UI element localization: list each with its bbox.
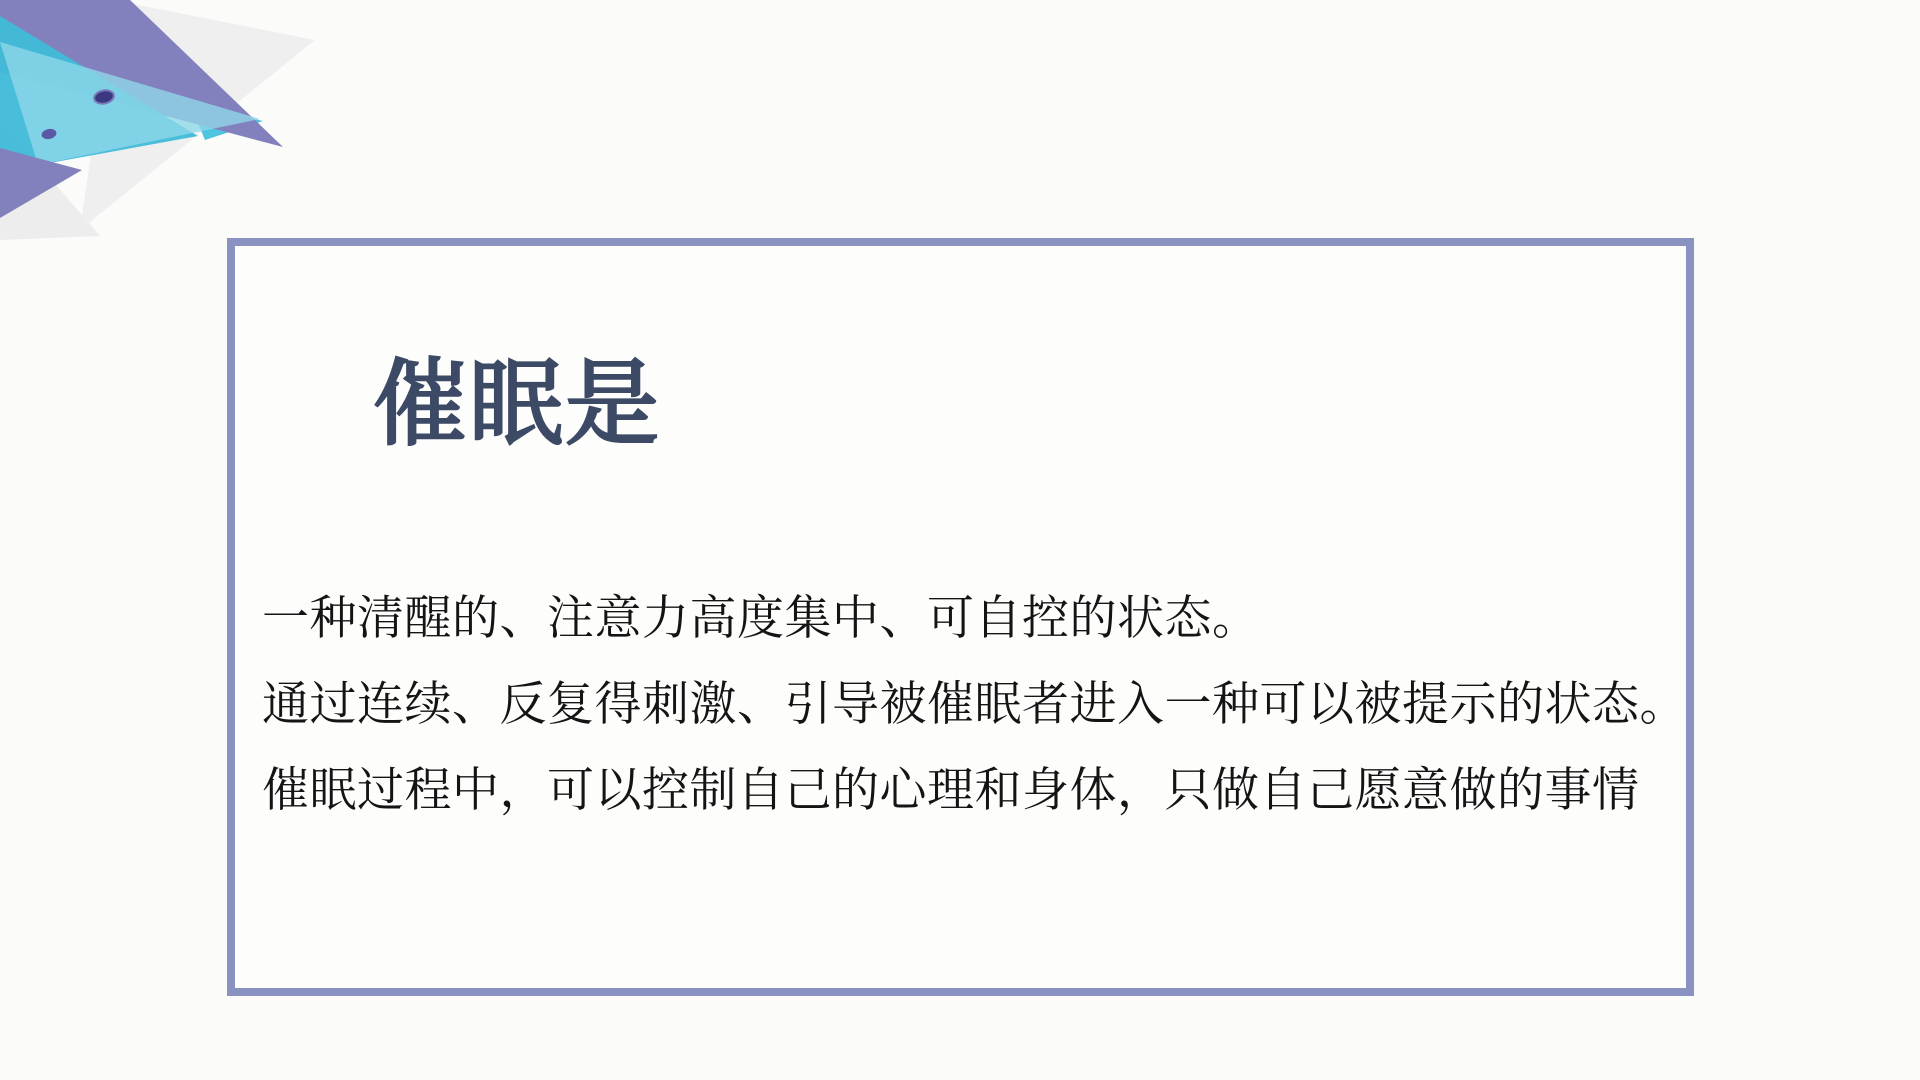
- body-line-3: 催眠过程中，可以控制自己的心理和身体，只做自己愿意做的事情: [262, 748, 1687, 834]
- body-line-1: 一种清醒的、注意力高度集中、可自控的状态。: [262, 576, 1687, 662]
- slide-canvas: { "slide": { "title": "催眠是", "body_lines…: [0, 0, 1920, 1080]
- content-panel: 催眠是 一种清醒的、注意力高度集中、可自控的状态。 通过连续、反复得刺激、引导被…: [227, 238, 1694, 996]
- slide-title: 催眠是: [373, 358, 661, 452]
- abstract-triangles-decoration: [0, 0, 340, 240]
- body-line-2: 通过连续、反复得刺激、引导被催眠者进入一种可以被提示的状态。: [262, 662, 1687, 748]
- slide-body: 一种清醒的、注意力高度集中、可自控的状态。 通过连续、反复得刺激、引导被催眠者进…: [262, 576, 1687, 834]
